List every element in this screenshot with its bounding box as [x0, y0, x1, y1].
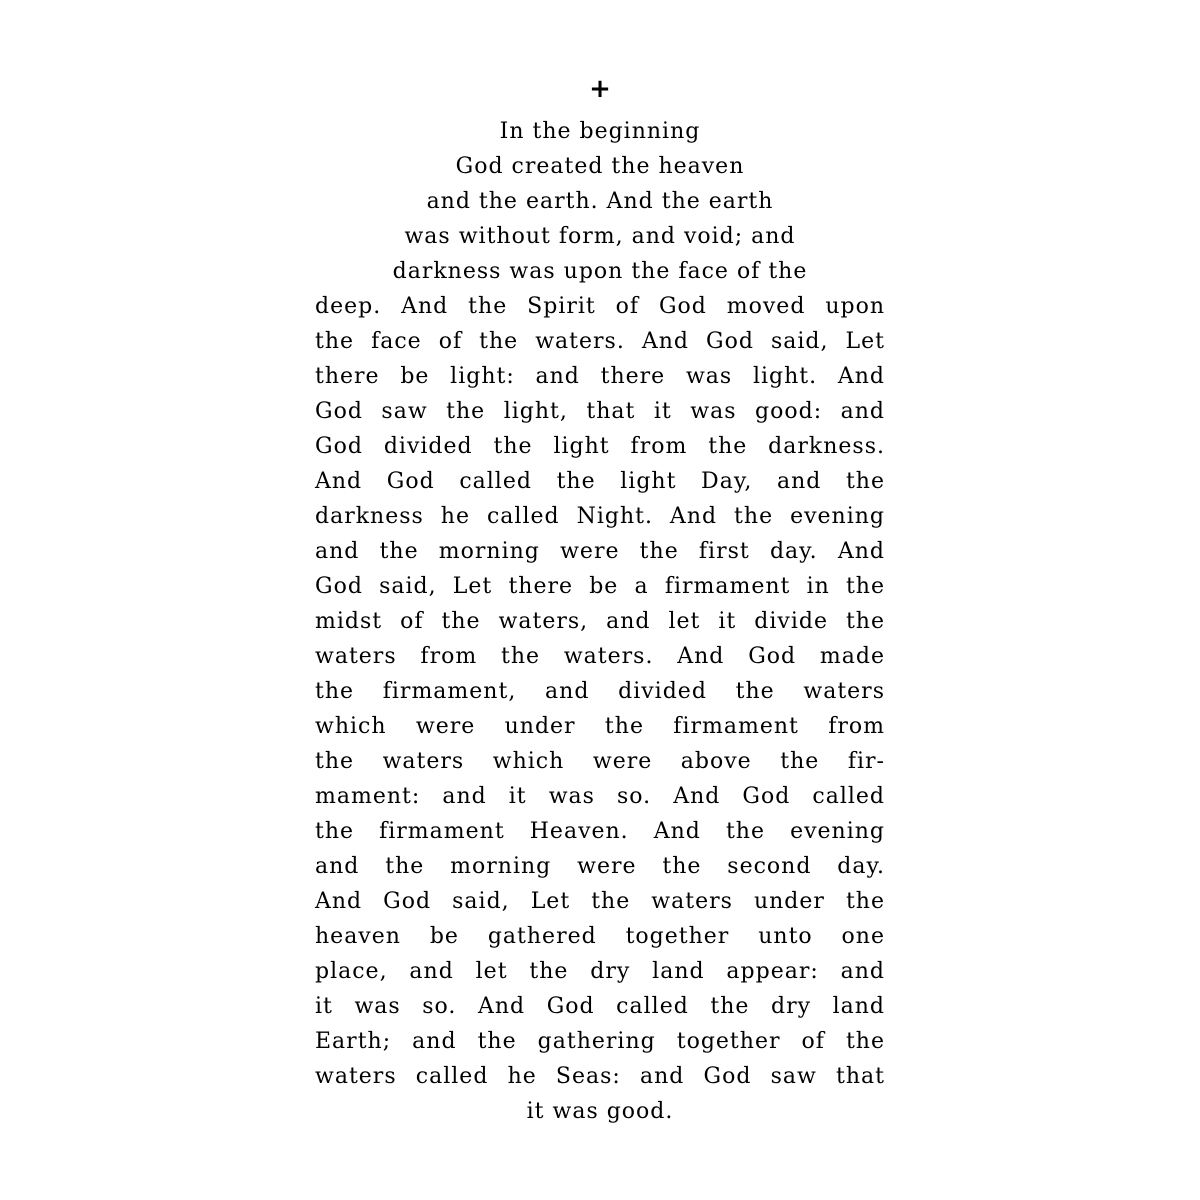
text-line: the face of the waters. And God said, Le… — [315, 327, 885, 362]
text-line: heaven be gathered together unto one — [315, 922, 885, 957]
text-line: the waters which were above the fir- — [315, 747, 885, 782]
text-line: God said, Let there be a firmament in th… — [315, 572, 885, 607]
text-line: In the beginning — [300, 117, 900, 152]
text-line: was without form, and void; and — [300, 222, 900, 257]
text-line: And God called the light Day, and the — [315, 467, 885, 502]
text-line: which were under the firmament from — [315, 712, 885, 747]
text-line: it was good. — [300, 1097, 900, 1132]
text-line: waters called he Seas: and God saw that — [315, 1062, 885, 1097]
scripture-passage: In the beginning God created the heaven … — [300, 117, 900, 1132]
text-line: there be light: and there was light. And — [315, 362, 885, 397]
text-line: the firmament, and divided the waters — [315, 677, 885, 712]
text-line: darkness he called Night. And the evenin… — [315, 502, 885, 537]
text-line: And God said, Let the waters under the — [315, 887, 885, 922]
text-line: midst of the waters, and let it divide t… — [315, 607, 885, 642]
text-line: the firmament Heaven. And the evening — [315, 817, 885, 852]
text-line: mament: and it was so. And God called — [315, 782, 885, 817]
text-line: place, and let the dry land appear: and — [315, 957, 885, 992]
text-line: God divided the light from the darkness. — [315, 432, 885, 467]
text-line: Earth; and the gathering together of the — [315, 1027, 885, 1062]
cross-icon: + — [0, 76, 1200, 102]
text-line: it was so. And God called the dry land — [315, 992, 885, 1027]
page: + In the beginning God created the heave… — [0, 0, 1200, 1200]
text-line: darkness was upon the face of the — [300, 257, 900, 292]
text-line: and the morning were the first day. And — [315, 537, 885, 572]
text-line: and the earth. And the earth — [300, 187, 900, 222]
text-line: deep. And the Spirit of God moved upon — [315, 292, 885, 327]
text-line: and the morning were the second day. — [315, 852, 885, 887]
text-line: waters from the waters. And God made — [315, 642, 885, 677]
text-line: God saw the light, that it was good: and — [315, 397, 885, 432]
text-line: God created the heaven — [300, 152, 900, 187]
